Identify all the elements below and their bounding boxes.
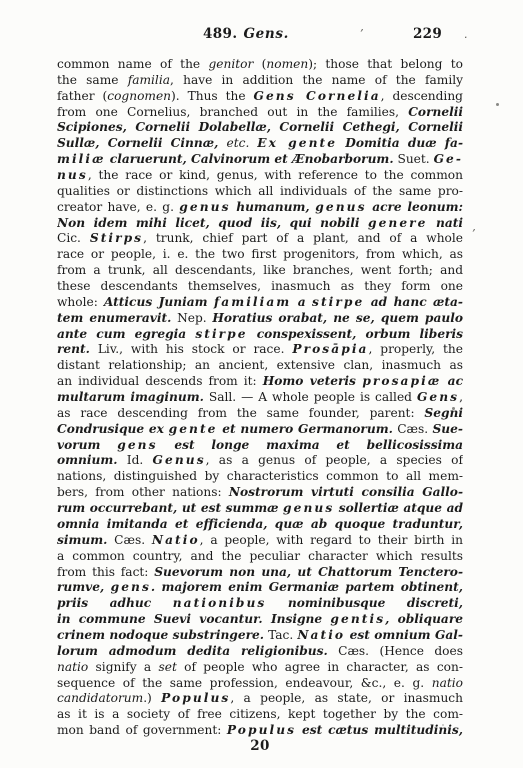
text-segment: Suevorum non una, ut Chattorum Tenctero- bbox=[154, 565, 463, 579]
text-line: omnium. Id. Genus, as a genus of people,… bbox=[57, 453, 463, 469]
text-segment: Homo veteris bbox=[263, 374, 363, 388]
scan-speck bbox=[442, 724, 444, 726]
text-segment: Populus bbox=[161, 691, 230, 705]
page-title: Gens. bbox=[243, 26, 289, 42]
text-segment: nationibus bbox=[173, 596, 267, 610]
text-segment: Tac. bbox=[264, 628, 297, 642]
text-segment: Genus bbox=[153, 453, 206, 467]
text-segment: Nep. bbox=[171, 311, 212, 325]
text-segment: from one Cornelius, branched out in the … bbox=[57, 105, 408, 119]
text-segment: , have in addition the name of the famil… bbox=[170, 73, 463, 87]
text-segment: nomen bbox=[266, 57, 308, 71]
text-segment: est omnium Gal- bbox=[345, 628, 463, 642]
text-segment: Natio bbox=[297, 628, 345, 642]
text-segment: a common country, and the peculiar chara… bbox=[57, 549, 463, 563]
text-segment: , properly, the bbox=[369, 342, 463, 356]
text-segment: Segni bbox=[424, 406, 463, 420]
text-segment: candidatorum bbox=[57, 691, 143, 705]
text-segment: nus bbox=[57, 168, 88, 182]
text-segment: , trunk, chief part of a plant, and of a… bbox=[143, 231, 463, 245]
text-segment: set bbox=[159, 660, 177, 674]
text-line: tem enumeravit. Nep. Horatius orabat, ne… bbox=[57, 311, 463, 327]
text-segment: ac bbox=[441, 374, 463, 388]
text-line: as race descending from the same founder… bbox=[57, 406, 463, 422]
text-line: from a trunk, all descendants, like bran… bbox=[57, 263, 463, 279]
text-segment: claruerunt, Calvinorum et Ænobarborum. bbox=[106, 152, 394, 166]
text-segment: Suet. bbox=[394, 152, 434, 166]
text-line: bers, from other nations: Nostrorum virt… bbox=[57, 485, 463, 501]
text-segment: Cæs. bbox=[393, 422, 433, 436]
book-page: 489.Gens. 229 common name of the genitor… bbox=[0, 0, 523, 768]
text-segment: Horatius orabat, ne se, quem paulo bbox=[212, 311, 463, 325]
text-segment: lorum admodum dedita religionibus. bbox=[57, 644, 328, 658]
text-segment: bers, from other nations: bbox=[57, 485, 229, 499]
text-line: candidatorum.) Populus, a people, as sta… bbox=[57, 691, 463, 707]
text-segment: familia bbox=[128, 73, 170, 87]
text-segment: est cætus multitudinis, bbox=[296, 723, 463, 737]
text-line: mon band of government: Populus est cætu… bbox=[57, 723, 463, 739]
text-segment: familiam bbox=[214, 295, 291, 309]
text-segment: Ex gente bbox=[257, 136, 337, 150]
text-line: crinem nodoque substringere. Tac. Natio … bbox=[57, 628, 463, 644]
text-segment: tem enumeravit. bbox=[57, 311, 171, 325]
text-segment: cognomen bbox=[107, 89, 171, 103]
text-segment: gentis bbox=[330, 612, 385, 626]
text-segment: Sullæ, Cornelii Cinnæ, bbox=[57, 136, 227, 150]
scan-mark: ’ bbox=[360, 28, 364, 39]
header-center: 489.Gens. bbox=[43, 26, 449, 42]
text-segment: in commune Suevi vocantur. Insigne bbox=[57, 612, 330, 626]
text-line: father (cognomen). Thus the Gens Corneli… bbox=[57, 89, 463, 105]
text-segment: from a trunk, all descendants, like bran… bbox=[57, 263, 463, 277]
text-segment: father ( bbox=[57, 89, 107, 103]
text-segment: stirpe bbox=[312, 295, 364, 309]
text-line: Scipiones, Cornelii Dolabellæ, Cornelii … bbox=[57, 120, 463, 136]
text-segment: Cæs. (Hence does bbox=[328, 644, 463, 658]
text-line: simum. Cæs. Natio, a people, with regard… bbox=[57, 533, 463, 549]
text-segment: , a people, with regard to their birth i… bbox=[200, 533, 463, 547]
page-body: common name of the genitor (nomen); thos… bbox=[57, 57, 463, 739]
text-line: an individual descends from it: Homo vet… bbox=[57, 374, 463, 390]
text-segment: genus bbox=[315, 200, 366, 214]
text-line: sequence of the same profession, endeavo… bbox=[57, 676, 463, 692]
text-segment: rumve, bbox=[57, 580, 111, 594]
text-line: rum occurrebant, ut est summæ genus soll… bbox=[57, 501, 463, 517]
text-segment: Nostrorum virtuti consilia Gallo- bbox=[229, 485, 463, 499]
text-segment: Gens bbox=[417, 390, 459, 404]
text-segment: Sue- bbox=[433, 422, 463, 436]
text-segment: natio bbox=[432, 676, 463, 690]
text-line: nations, distinguished by characteristic… bbox=[57, 469, 463, 485]
text-segment: rum occurrebant, ut est summæ bbox=[57, 501, 283, 515]
text-segment: an individual descends from it: bbox=[57, 374, 263, 388]
text-segment: Sall. — A whole people is called bbox=[204, 390, 417, 404]
text-segment: race or people, i. e. the two first prog… bbox=[57, 247, 463, 261]
text-segment: genus bbox=[283, 501, 334, 515]
text-segment: crinem nodoque substringere. bbox=[57, 628, 264, 642]
text-line: lorum admodum dedita religionibus. Cæs. … bbox=[57, 644, 463, 660]
text-line: race or people, i. e. the two first prog… bbox=[57, 247, 463, 263]
text-segment: , descending bbox=[381, 89, 463, 103]
text-segment: of people who agree in character, as con… bbox=[177, 660, 463, 674]
text-segment: Populus bbox=[227, 723, 296, 737]
text-line: these descendants themselves, inasmuch a… bbox=[57, 279, 463, 295]
text-line: whole: Atticus Juniam familiam a stirpe … bbox=[57, 295, 463, 311]
text-segment: Id. bbox=[118, 453, 153, 467]
text-segment: mon band of government: bbox=[57, 723, 227, 737]
text-segment: prosapiæ bbox=[362, 374, 441, 388]
text-line: from one Cornelius, branched out in the … bbox=[57, 105, 463, 121]
section-number: 489. bbox=[203, 26, 238, 42]
text-segment: , the race or kind, genus, with referenc… bbox=[88, 168, 463, 182]
text-segment: nations, distinguished by characteristic… bbox=[57, 469, 463, 483]
text-line: Non idem mihi licet, quod iis, qui nobil… bbox=[57, 216, 463, 232]
text-segment: signify a bbox=[88, 660, 158, 674]
text-segment: priis adhuc bbox=[57, 596, 173, 610]
text-segment: .) bbox=[143, 691, 161, 705]
text-segment: as it is a society of free citizens, kep… bbox=[57, 707, 463, 721]
text-line: Condrusique ex gente et numero Germanoru… bbox=[57, 422, 463, 438]
text-segment: gente bbox=[169, 422, 218, 436]
text-line: the same familia, have in addition the n… bbox=[57, 73, 463, 89]
text-segment: natio bbox=[57, 660, 88, 674]
text-line: ante cum egregia stirpe conspexissent, o… bbox=[57, 327, 463, 343]
text-segment: Cornelii bbox=[408, 105, 463, 119]
scan-mark: ’ bbox=[472, 228, 476, 239]
text-segment: Non idem mihi licet, quod iis, qui nobil… bbox=[57, 216, 368, 230]
text-segment: , obliquare bbox=[385, 612, 463, 626]
text-segment: stirpe bbox=[195, 327, 247, 341]
scan-speck bbox=[496, 103, 499, 106]
text-segment: genitor bbox=[208, 57, 253, 71]
text-line: miliæ claruerunt, Calvinorum et Ænobarbo… bbox=[57, 152, 463, 168]
text-segment: these descendants themselves, inasmuch a… bbox=[57, 279, 463, 293]
text-segment: Prosāpia bbox=[292, 342, 368, 356]
text-segment: simum. bbox=[57, 533, 107, 547]
text-segment: et numero Germanorum. bbox=[218, 422, 393, 436]
text-line: vorum gens est longe maxima et bellicosi… bbox=[57, 438, 463, 454]
text-line: as it is a society of free citizens, kep… bbox=[57, 707, 463, 723]
text-line: multarum imaginum. Sall. — A whole peopl… bbox=[57, 390, 463, 406]
text-segment: Gens Cornelia bbox=[254, 89, 381, 103]
scan-mark: · bbox=[464, 32, 468, 43]
text-segment: Atticus Juniam bbox=[104, 295, 214, 309]
text-segment: etc. bbox=[227, 136, 258, 150]
text-line: priis adhuc nationibus nominibusque disc… bbox=[57, 596, 463, 612]
text-segment: the same bbox=[57, 73, 128, 87]
text-segment: Ge- bbox=[434, 152, 463, 166]
text-segment: ); those that belong to bbox=[308, 57, 463, 71]
text-line: a common country, and the peculiar chara… bbox=[57, 549, 463, 565]
text-line: distant relationship; an ancient, extens… bbox=[57, 358, 463, 374]
text-segment: Natio bbox=[152, 533, 200, 547]
signature-mark: 20 bbox=[57, 738, 463, 754]
text-segment: common name of the bbox=[57, 57, 208, 71]
running-header: 489.Gens. 229 bbox=[57, 26, 463, 44]
text-segment: gens bbox=[117, 438, 157, 452]
text-line: Sullæ, Cornelii Cinnæ, etc. Ex gente Dom… bbox=[57, 136, 463, 152]
text-line: common name of the genitor (nomen); thos… bbox=[57, 57, 463, 73]
text-segment: humanum, bbox=[231, 200, 316, 214]
text-segment: omnium. bbox=[57, 453, 118, 467]
text-segment: ante cum egregia bbox=[57, 327, 195, 341]
text-segment: ). Thus the bbox=[171, 89, 253, 103]
text-segment: ad hanc æta- bbox=[364, 295, 463, 309]
text-segment: acre leonum: bbox=[367, 200, 463, 214]
text-segment: genere bbox=[368, 216, 428, 230]
text-segment: Scipiones, Cornelii Dolabellæ, Cornelii … bbox=[57, 120, 463, 134]
text-segment: rent. bbox=[57, 342, 90, 356]
text-segment: Liv., with his stock or race. bbox=[90, 342, 292, 356]
text-line: from this fact: Suevorum non una, ut Cha… bbox=[57, 565, 463, 581]
text-line: rent. Liv., with his stock or race. Pros… bbox=[57, 342, 463, 358]
text-line: rumve, gens. majorem enim Germaniæ parte… bbox=[57, 580, 463, 596]
text-segment: as race descending from the same founder… bbox=[57, 406, 424, 420]
text-segment: gens bbox=[111, 580, 151, 594]
text-line: omnia imitanda et efficienda, quæ ab quo… bbox=[57, 517, 463, 533]
text-segment: a bbox=[291, 295, 312, 309]
text-line: nus, the race or kind, genus, with refer… bbox=[57, 168, 463, 184]
text-segment: Domitia duæ fa- bbox=[337, 136, 463, 150]
text-segment: Cic. bbox=[57, 231, 90, 245]
text-segment: creator have, e. g. bbox=[57, 200, 179, 214]
text-segment: , bbox=[459, 390, 463, 404]
text-segment: Cæs. bbox=[107, 533, 151, 547]
text-segment: omnia imitanda et efficienda, quæ ab quo… bbox=[57, 517, 463, 533]
text-segment: from this fact: bbox=[57, 565, 154, 579]
text-segment: distant relationship; an ancient, extens… bbox=[57, 358, 463, 372]
text-segment: qualities or distinctions which all indi… bbox=[57, 184, 463, 198]
text-segment: ( bbox=[253, 57, 266, 71]
text-segment: genus bbox=[179, 200, 230, 214]
text-segment: Condrusique ex bbox=[57, 422, 169, 436]
text-segment: multarum imaginum. bbox=[57, 390, 204, 404]
scan-speck bbox=[452, 407, 455, 410]
text-segment: whole: bbox=[57, 295, 104, 309]
text-line: in commune Suevi vocantur. Insigne genti… bbox=[57, 612, 463, 628]
text-segment: vorum bbox=[57, 438, 117, 452]
text-line: creator have, e. g. genus humanum, genus… bbox=[57, 200, 463, 216]
text-segment: sequence of the same profession, endeavo… bbox=[57, 676, 432, 690]
page-number: 229 bbox=[413, 26, 442, 42]
text-segment: Stirps bbox=[90, 231, 143, 245]
text-segment: , a people, as state, or inasmuch bbox=[230, 691, 463, 705]
text-segment: , as a genus of people, a species of bbox=[206, 453, 463, 467]
text-segment: sollertiæ atque ad bbox=[334, 501, 463, 515]
text-line: Cic. Stirps, trunk, chief part of a plan… bbox=[57, 231, 463, 247]
text-line: qualities or distinctions which all indi… bbox=[57, 184, 463, 200]
text-line: natio signify a set of people who agree … bbox=[57, 660, 463, 676]
text-segment: miliæ bbox=[57, 152, 106, 166]
